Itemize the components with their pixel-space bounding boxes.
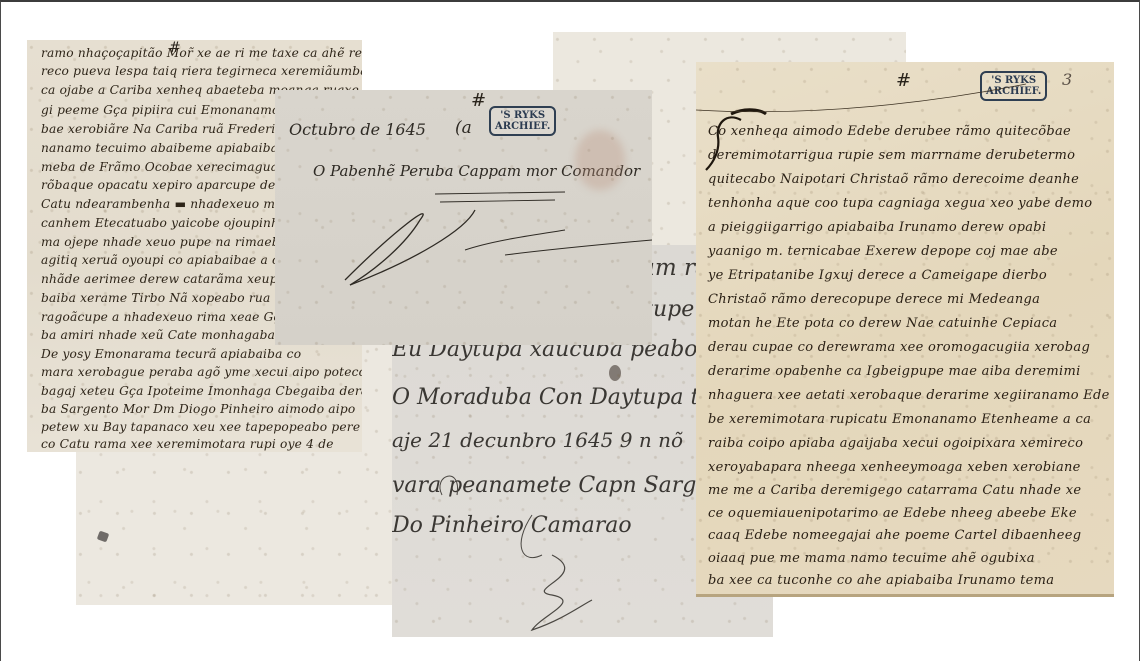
manuscript-line: aje 21 decunbro 1645 9 n nõ	[392, 428, 683, 452]
manuscript-line: ramo nhaçoçapitão Mor̃ xe ae ri me taxe …	[41, 46, 354, 60]
manuscript-line: bagaj xeteu Gça Ipoteime Imonhaga Cbegai…	[41, 384, 354, 398]
manuscript-line: ba Sargento Mor Dm Diogo Pinheiro aimodo…	[41, 402, 354, 416]
stamp-line-1: 'S RYKS	[986, 75, 1041, 86]
stamp-line-1: 'S RYKS	[495, 110, 550, 121]
paper-hole	[97, 531, 109, 543]
manuscript-line: mara xerobague peraba agõ yme xecui aipo…	[41, 365, 354, 379]
manuscript-line: me me a Cariba deremigego catarrama Catu…	[708, 483, 1108, 498]
signature-line: Do Pinheiro Camarao	[392, 513, 632, 538]
manuscript-line: ba xee ca tuconhe co ahe apiabaiba Iruna…	[708, 573, 1108, 588]
manuscript-letter-right: # 'S RYKS ARCHIEF. 3 Co xenheqa aimodo E…	[696, 62, 1114, 597]
stamp-line-2: ARCHIEF.	[986, 86, 1041, 97]
archive-stamp: 'S RYKS ARCHIEF.	[980, 71, 1047, 101]
header-mark: #	[896, 70, 911, 91]
date-line: Octubro de 1645	[289, 120, 426, 139]
manuscript-line: xeroyabapara nheega xenheeymoaga xeben x…	[708, 460, 1108, 475]
header-mark: #	[471, 90, 486, 111]
manuscript-line: ce oquemiauenipotarimo ae Edebe nheeg ab…	[708, 506, 1108, 521]
manuscript-line: nhaguera xee aetati xerobaque derarime x…	[708, 388, 1108, 403]
date-abbreviation: (a	[455, 118, 472, 138]
manuscript-line: Christaõ rãmo derecopupe derece mi Medea…	[708, 292, 1108, 307]
manuscript-line: derarime opabenhe ca Igbeigpupe mae aiba…	[708, 364, 1108, 379]
archive-stamp: 'S RYKS ARCHIEF.	[489, 106, 556, 136]
manuscript-line: Co xenheqa aimodo Edebe derubee rãmo qui…	[708, 124, 1108, 139]
manuscript-line: ye Etripatanibe Igxuj derece a Cameigape…	[708, 268, 1108, 283]
manuscript-line: De yosy Emonarama tecurã apiabaiba co	[41, 347, 354, 361]
manuscript-line: motan he Ete pota co derew Nae catuinhe …	[708, 316, 1108, 331]
stain	[575, 130, 625, 190]
manuscript-line: caaq Edebe nomeegajai ahe poeme Cartel d…	[708, 528, 1108, 543]
manuscript-letter-middle: # Octubro de 1645 (a 'S RYKS ARCHIEF. O …	[275, 90, 652, 345]
manuscript-line: reco pueva lespa taiq riera tegirneca xe…	[41, 64, 354, 78]
ink-blot	[609, 365, 621, 381]
manuscript-line: O Moraduba Con Daytupa toj	[392, 385, 719, 410]
manuscript-line: co Catu rama xee xeremimotara rupi oye 4…	[41, 437, 354, 451]
manuscript-line: yaanigo m. ternicabae Exerew depope coj …	[708, 244, 1108, 259]
manuscript-line: a pieiggiigarrigo apiabaiba Irunamo dere…	[708, 220, 1108, 235]
manuscript-line: oiaaq pue me mama namo tecuime ahẽ ogubi…	[708, 551, 1108, 566]
manuscript-line: be xeremimotara rupicatu Emonanamo Etenh…	[708, 412, 1108, 427]
manuscript-line: tenhonha aque coo tupa cagniaga xegua xe…	[708, 196, 1108, 211]
manuscript-line: raiba coipo apiaba agaijaba xecui ogoipi…	[708, 436, 1108, 451]
manuscript-line: deremimotarrigua rupie sem marrname deru…	[708, 148, 1108, 163]
manuscript-line: vara peanamete Capn Sargento	[392, 473, 746, 498]
manuscript-line: petew xu Bay tapanaco xeu xee tapepopeab…	[41, 420, 354, 434]
manuscript-line: derau cupae co derewrama xee oromogacugi…	[708, 340, 1108, 355]
stamp-line-2: ARCHIEF.	[495, 121, 550, 132]
manuscript-line: quitecabo Naipotari Christaõ rãmo dereco…	[708, 172, 1108, 187]
folio-number: 3	[1062, 70, 1072, 89]
